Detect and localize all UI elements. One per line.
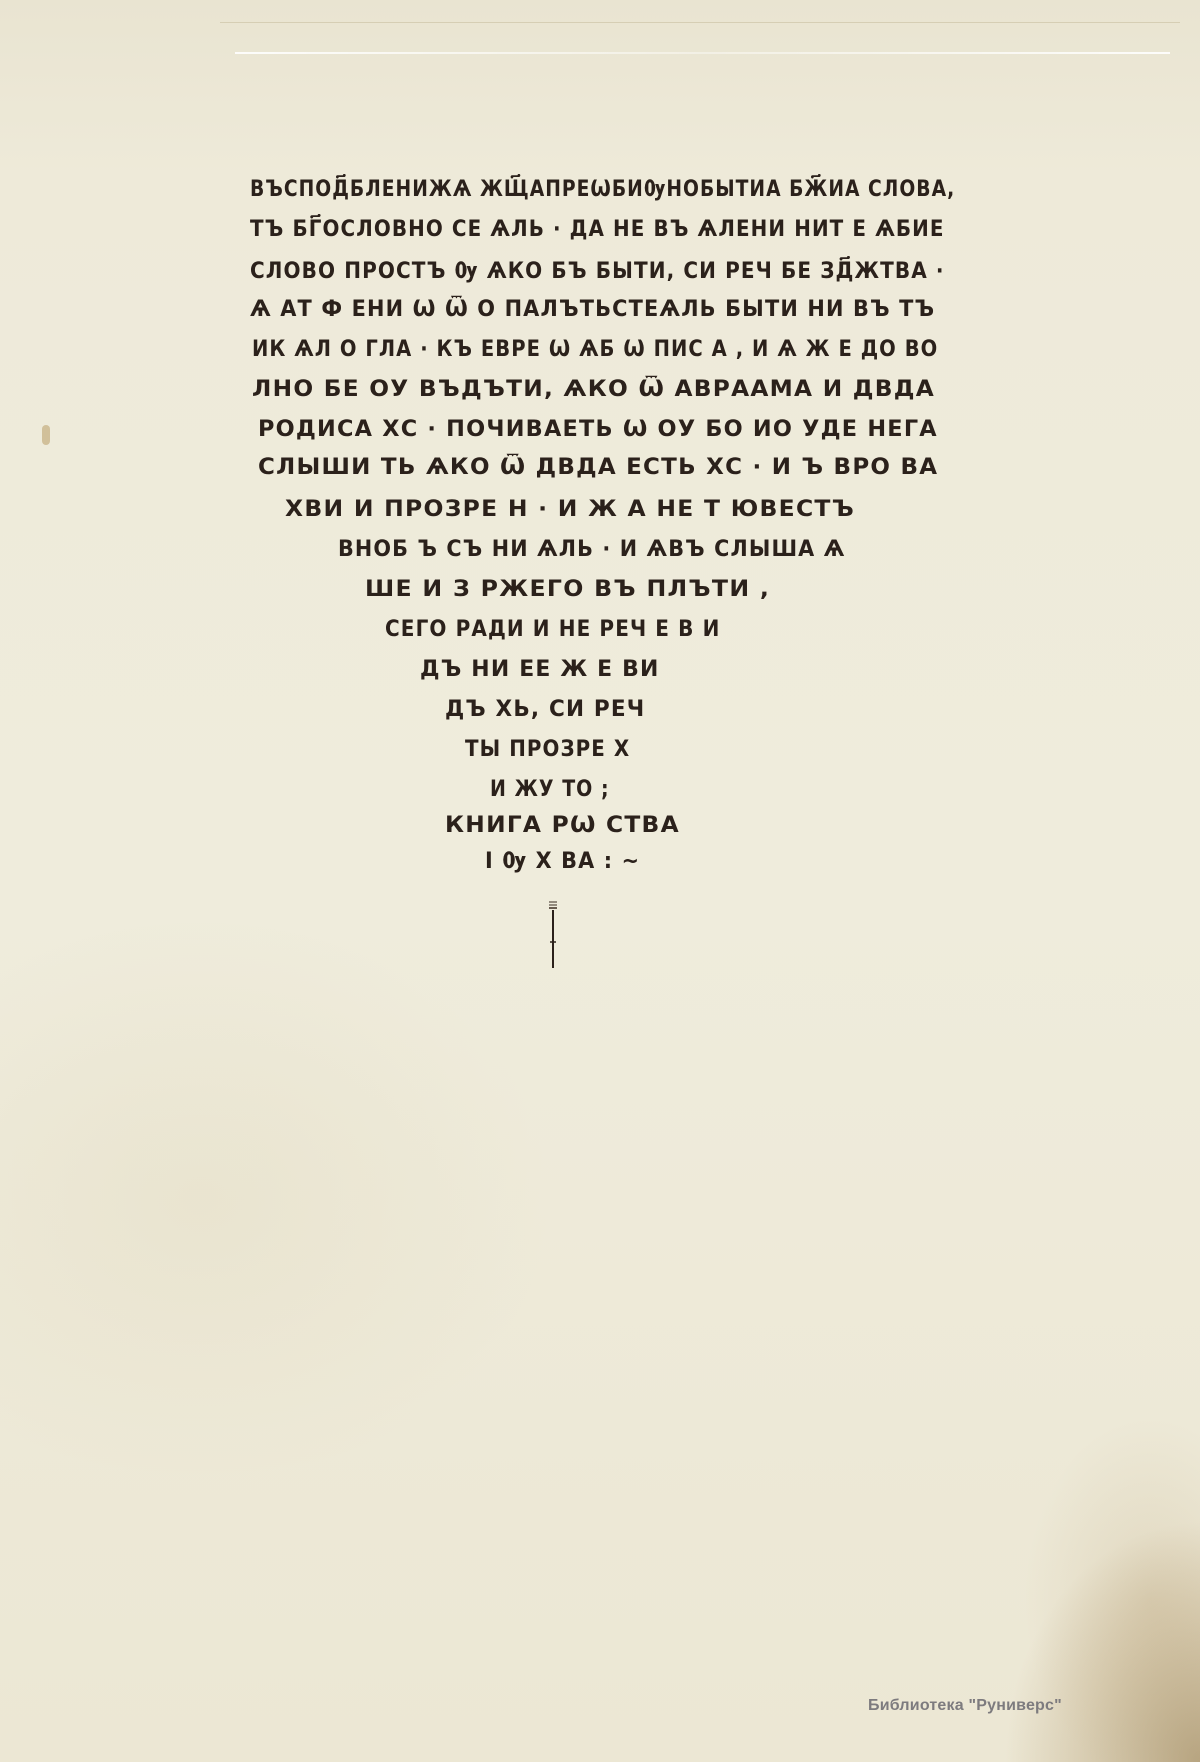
manuscript-page: въспод҃бленижѧ жщ҃апреѡбиѹнобытиа бж҃иа …	[0, 0, 1200, 1762]
text-line-8: слыши ть ѧко ѿ двда есть хс · и ъ вро ва	[258, 456, 938, 480]
text-line-16: и жу то ;	[490, 778, 610, 802]
text-line-5: ик ѧл о гла · къ евре ѡ ѧб ѡ пис а , и ѧ…	[252, 338, 938, 362]
text-line-6: лно бе оу въдъти, ѧко ѿ авраама и двда	[252, 378, 935, 402]
terminal-ornament-icon	[548, 900, 558, 970]
text-line-2: тъ бг҃ословно се ѧль · да не въ ѧлени ни…	[250, 218, 945, 242]
ink-stain	[42, 425, 50, 445]
text-line-15: ты прозре х	[465, 738, 630, 762]
library-watermark: Библиотека "Руниверс"	[868, 1697, 1062, 1715]
text-line-10: вноб ъ съ ни ѧль · и ѧвъ слыша ѧ	[338, 538, 845, 562]
text-line-4: ѧ ат ф ени ѡ ѿ о палътьстеѧль быти ни въ…	[250, 298, 935, 322]
text-line-14: дъ хь, си реч	[445, 698, 645, 722]
text-line-12: сего ради и не реч е в и	[385, 618, 720, 642]
text-line-17: книга рѡ ства	[445, 814, 680, 838]
text-line-1: въспод҃бленижѧ жщ҃апреѡбиѹнобытиа бж҃иа …	[250, 178, 955, 202]
page-edge-highlight	[235, 52, 1170, 54]
text-line-18: і ѹ х ва : ~	[485, 850, 640, 874]
text-line-9: хви и прозре н · и ж а не т ювестъ	[285, 498, 855, 522]
text-line-7: родиса хс · почиваеть ѡ оу бо ио уде нег…	[258, 418, 938, 442]
text-line-13: дъ ни ее ж е ви	[420, 658, 660, 682]
text-line-3: слово простъ ѹ ѧко бъ быти, си реч бе зд…	[250, 260, 945, 284]
text-line-11: ше и з ржего въ плъти ,	[365, 578, 770, 602]
page-edge-line	[220, 22, 1180, 23]
